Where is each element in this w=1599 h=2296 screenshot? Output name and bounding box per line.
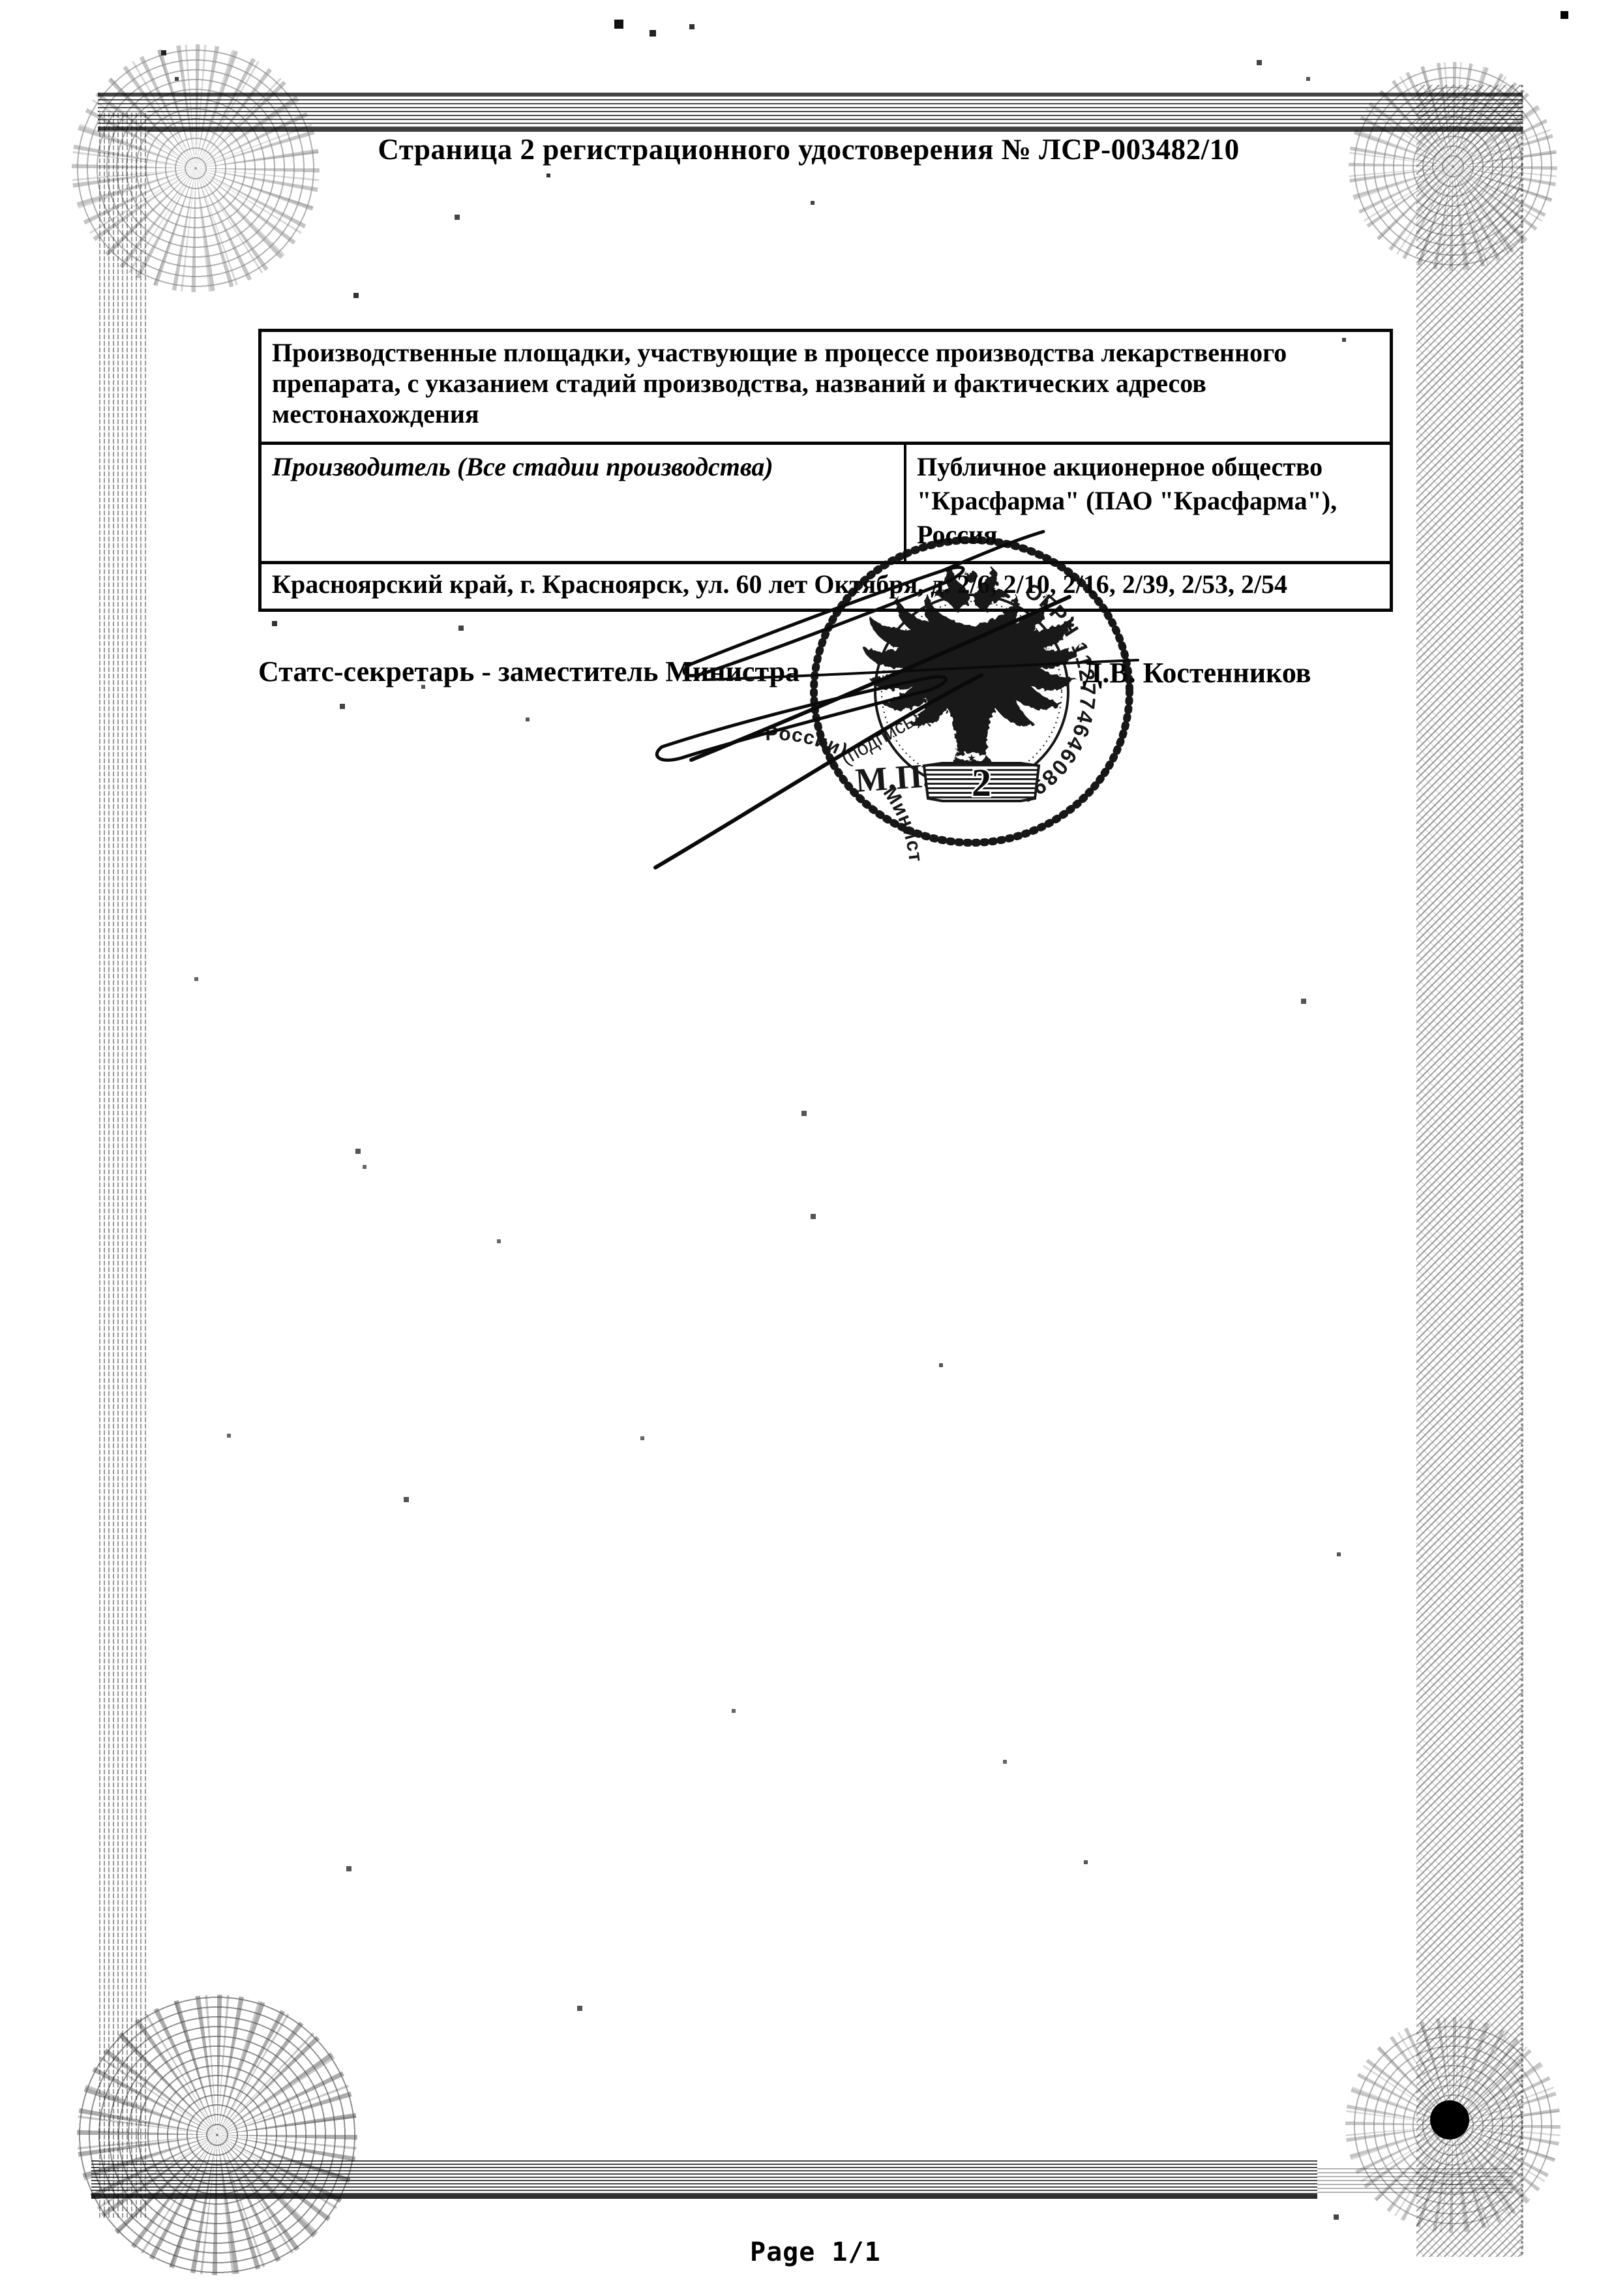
ink-dot — [1430, 2100, 1469, 2139]
guilloche-rosette-top-left — [72, 44, 320, 292]
page-number: Page 1/1 — [750, 2237, 881, 2267]
table-header-cell: Производственные площадки, участвующие в… — [262, 332, 1390, 445]
page-title: Страница 2 регистрационного удостоверени… — [352, 132, 1265, 167]
guilloche-rosette-top-right — [1349, 62, 1557, 271]
border-right-band — [1416, 85, 1523, 2257]
scan-noise — [0, 0, 1, 1]
guilloche-rosette-bottom-left — [77, 1995, 357, 2275]
border-left-band — [99, 111, 147, 2218]
signature-ink — [613, 509, 1174, 887]
scanned-certificate-page: Страница 2 регистрационного удостоверени… — [0, 0, 1599, 2296]
